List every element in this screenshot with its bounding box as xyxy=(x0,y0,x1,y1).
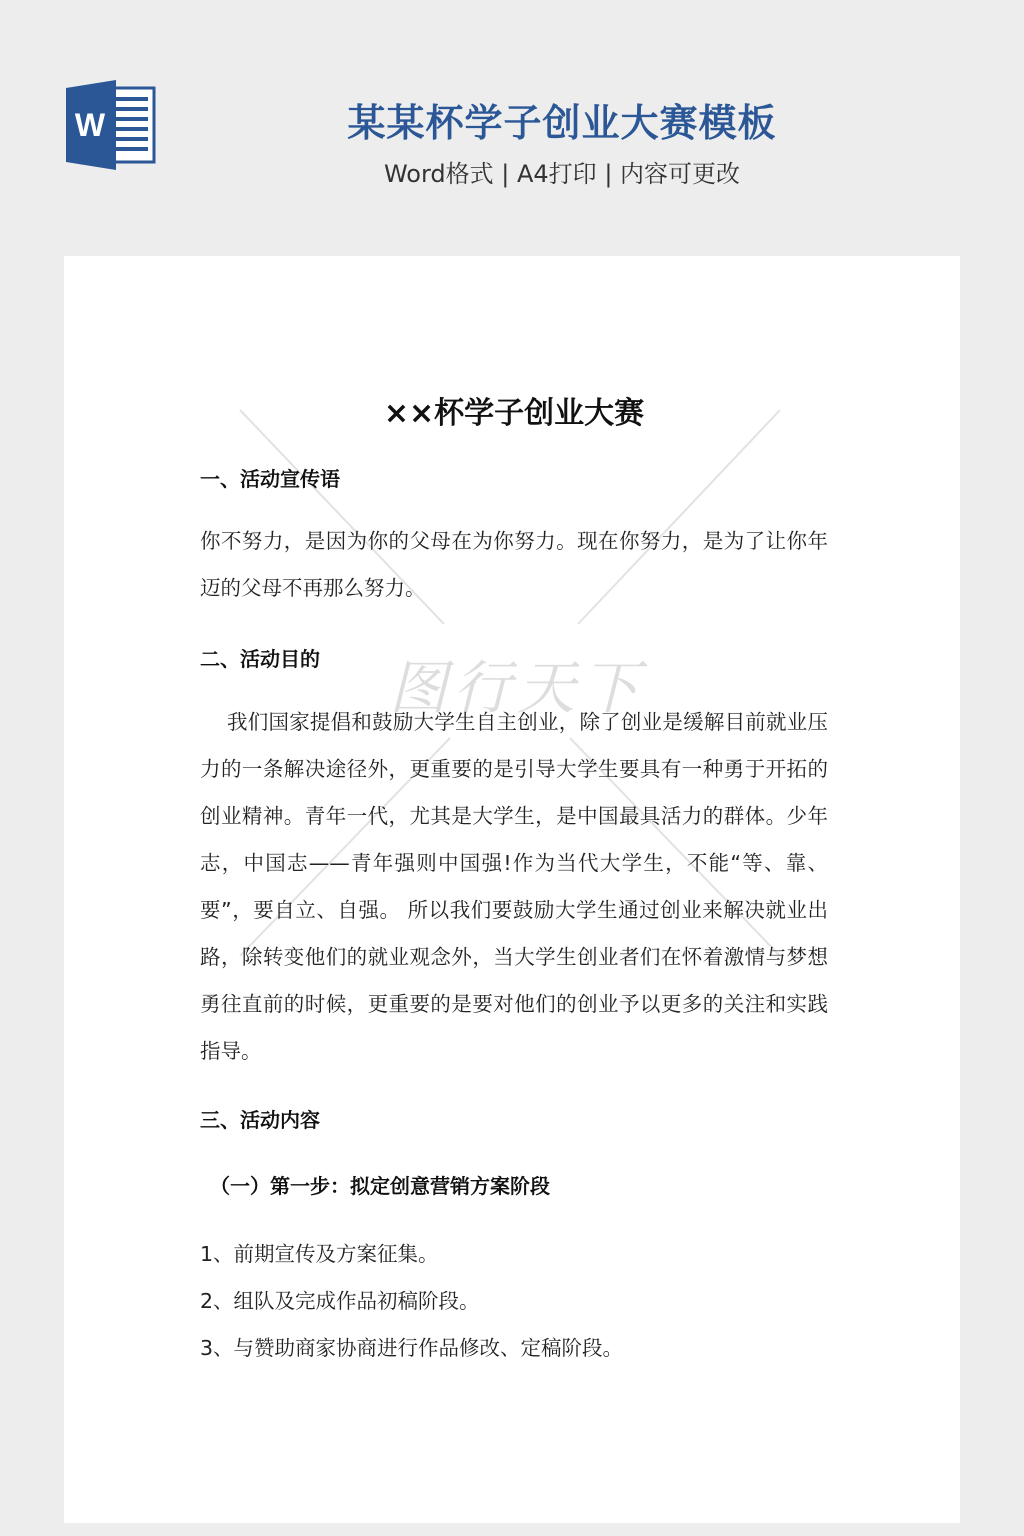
list-item: 2、组队及完成作品初稿阶段。 xyxy=(200,1284,480,1314)
list-item: 1、前期宣传及方案征集。 xyxy=(200,1237,439,1267)
subsection-heading: （一）第一步：拟定创意营销方案阶段 xyxy=(210,1170,550,1199)
section-1-paragraph: 你不努力，是因为你的父母在为你努力。现在你努力，是为了让你年迈的父母不再那么努力… xyxy=(200,518,828,612)
section-heading-2: 二、活动目的 xyxy=(200,643,320,672)
section-heading-1: 一、活动宣传语 xyxy=(200,463,340,492)
document-page: 图行天下 ××杯学子创业大赛 一、活动宣传语 你不努力，是因为你的父母在为你努力… xyxy=(64,256,960,1523)
template-subtitle: Word格式 | A4打印 | 内容可更改 xyxy=(0,154,1024,189)
banner-header: W 某某杯学子创业大赛模板 Word格式 | A4打印 | 内容可更改 xyxy=(0,0,1024,256)
list-item: 3、与赞助商家协商进行作品修改、定稿阶段。 xyxy=(200,1331,623,1361)
document-title: ××杯学子创业大赛 xyxy=(200,388,828,432)
section-heading-3: 三、活动内容 xyxy=(200,1104,320,1133)
section-2-paragraph: 我们国家提倡和鼓励大学生自主创业，除了创业是缓解目前就业压力的一条解决途径外，更… xyxy=(200,699,828,1075)
template-title: 某某杯学子创业大赛模板 xyxy=(0,92,1024,147)
